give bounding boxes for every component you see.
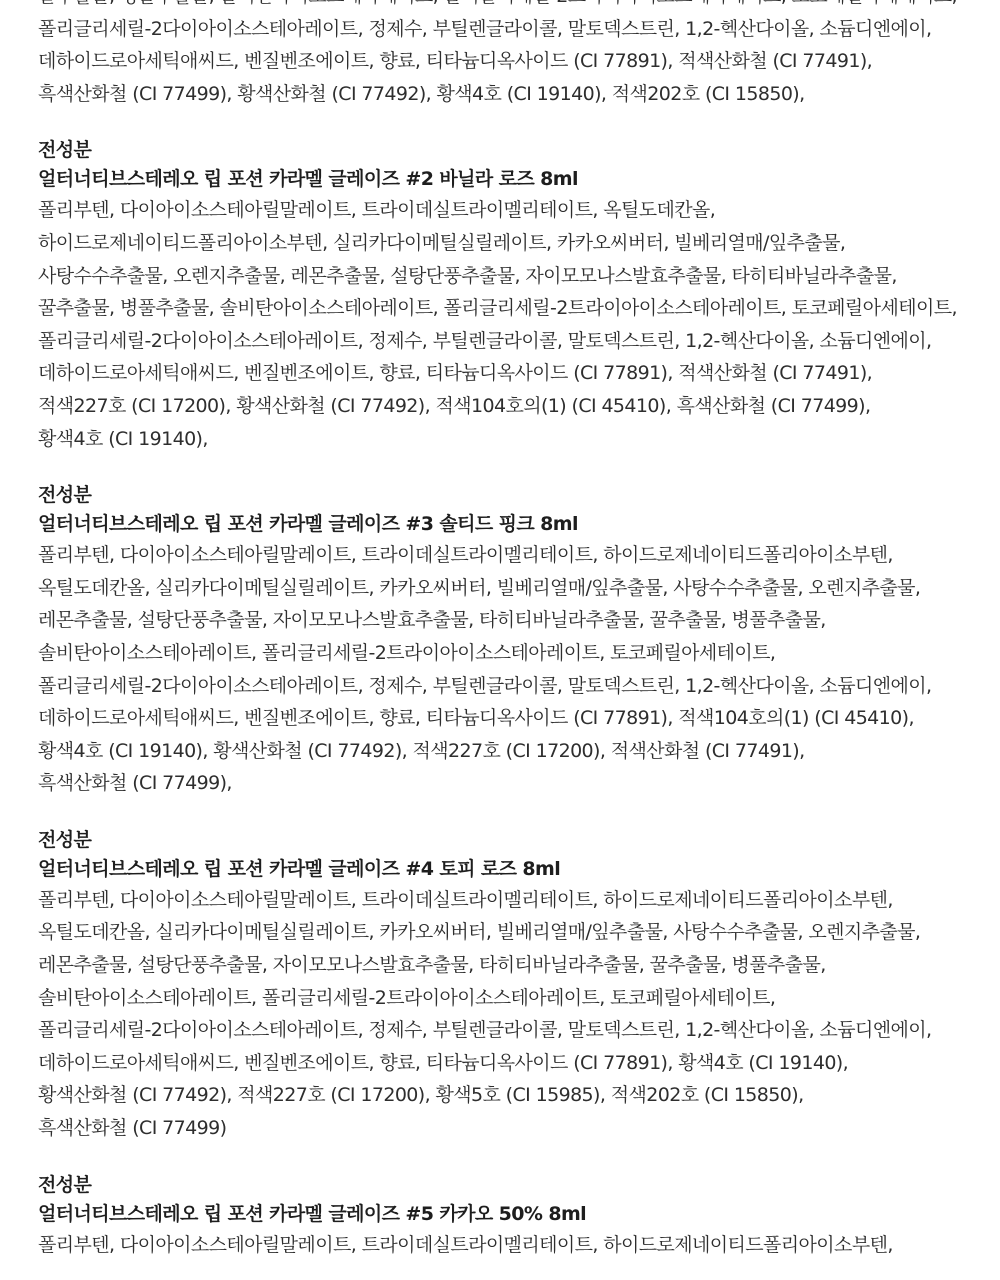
ingredient-line: 흑색산화철 (CI 77499): [38, 1112, 988, 1145]
ingredient-line: 폴리부텐, 다이아이소스테아릴말레이트, 트라이데실트라이멜리테이트, 옥틸도데…: [38, 194, 988, 227]
ingredient-line: 꿀추출물, 병풀추출물, 솔비탄아이소스테아레이트, 폴리글리세릴-2트라이아이…: [38, 292, 988, 325]
ingredient-line: 황색4호 (CI 19140),: [38, 423, 988, 456]
ingredients-document: 꿀추출물, 병풀추출물, 솔비탄아이소스테아레이트, 폴리글리세릴-2트라이아이…: [38, 0, 988, 1261]
section-label: 전성분: [38, 827, 988, 854]
product-title: 얼터너티브스테레오 립 포션 카라멜 글레이즈 #3 솔티드 핑크 8ml: [38, 509, 988, 539]
ingredient-line: 데하이드로아세틱애씨드, 벤질벤조에이트, 향료, 티타늄디옥사이드 (CI 7…: [38, 45, 988, 78]
ingredient-line: 폴리글리세릴-2다이아이소스테아레이트, 정제수, 부틸렌글라이콜, 말토덱스트…: [38, 325, 988, 358]
ingredient-line: 폴리부텐, 다이아이소스테아릴말레이트, 트라이데실트라이멜리테이트, 하이드로…: [38, 1229, 988, 1262]
ingredient-line: 데하이드로아세틱애씨드, 벤질벤조에이트, 향료, 티타늄디옥사이드 (CI 7…: [38, 357, 988, 390]
ingredient-line: 황색4호 (CI 19140), 황색산화철 (CI 77492), 적색227…: [38, 735, 988, 768]
ingredient-line: 황색산화철 (CI 77492), 적색227호 (CI 17200), 황색5…: [38, 1079, 988, 1112]
ingredients-section-2: 전성분 얼터너티브스테레오 립 포션 카라멜 글레이즈 #2 바닐라 로즈 8m…: [38, 137, 988, 455]
section-label: 전성분: [38, 482, 988, 509]
ingredient-line: 흑색산화철 (CI 77499), 황색산화철 (CI 77492), 황색4호…: [38, 78, 988, 111]
section-label: 전성분: [38, 137, 988, 164]
product-title: 얼터너티브스테레오 립 포션 카라멜 글레이즈 #2 바닐라 로즈 8ml: [38, 164, 988, 194]
ingredient-line: 폴리부텐, 다이아이소스테아릴말레이트, 트라이데실트라이멜리테이트, 하이드로…: [38, 539, 988, 572]
ingredient-line: 폴리부텐, 다이아이소스테아릴말레이트, 트라이데실트라이멜리테이트, 하이드로…: [38, 884, 988, 917]
ingredient-line: 데하이드로아세틱애씨드, 벤질벤조에이트, 향료, 티타늄디옥사이드 (CI 7…: [38, 702, 988, 735]
section-label: 전성분: [38, 1172, 988, 1199]
ingredient-line: 데하이드로아세틱애씨드, 벤질벤조에이트, 향료, 티타늄디옥사이드 (CI 7…: [38, 1047, 988, 1080]
product-title: 얼터너티브스테레오 립 포션 카라멜 글레이즈 #5 카카오 50% 8ml: [38, 1199, 988, 1229]
ingredient-line: 하이드로제네이티드폴리아이소부텐, 실리카다이메틸실릴레이트, 카카오씨버터, …: [38, 227, 988, 260]
ingredients-section-3: 전성분 얼터너티브스테레오 립 포션 카라멜 글레이즈 #3 솔티드 핑크 8m…: [38, 482, 988, 800]
ingredient-line: 옥틸도데칸올, 실리카다이메틸실릴레이트, 카카오씨버터, 빌베리열매/잎추출물…: [38, 572, 988, 605]
ingredient-line: 레몬추출물, 설탕단풍추출물, 자이모모나스발효추출물, 타히티바닐라추출물, …: [38, 949, 988, 982]
ingredient-line: 솔비탄아이소스테아레이트, 폴리글리세릴-2트라이아이소스테아레이트, 토코페릴…: [38, 982, 988, 1015]
ingredient-line: 옥틸도데칸올, 실리카다이메틸실릴레이트, 카카오씨버터, 빌베리열매/잎추출물…: [38, 916, 988, 949]
product-title: 얼터너티브스테레오 립 포션 카라멜 글레이즈 #4 토피 로즈 8ml: [38, 854, 988, 884]
ingredient-line: 솔비탄아이소스테아레이트, 폴리글리세릴-2트라이아이소스테아레이트, 토코페릴…: [38, 637, 988, 670]
ingredients-section-1-continued: 꿀추출물, 병풀추출물, 솔비탄아이소스테아레이트, 폴리글리세릴-2트라이아이…: [38, 0, 988, 110]
ingredient-line: 레몬추출물, 설탕단풍추출물, 자이모모나스발효추출물, 타히티바닐라추출물, …: [38, 604, 988, 637]
ingredient-line: 적색227호 (CI 17200), 황색산화철 (CI 77492), 적색1…: [38, 390, 988, 423]
ingredient-line: 폴리글리세릴-2다이아이소스테아레이트, 정제수, 부틸렌글라이콜, 말토덱스트…: [38, 670, 988, 703]
ingredient-line: 꿀추출물, 병풀추출물, 솔비탄아이소스테아레이트, 폴리글리세릴-2트라이아이…: [38, 0, 988, 13]
ingredient-line: 사탕수수추출물, 오렌지추출물, 레몬추출물, 설탕단풍추출물, 자이모모나스발…: [38, 260, 988, 293]
ingredients-section-5: 전성분 얼터너티브스테레오 립 포션 카라멜 글레이즈 #5 카카오 50% 8…: [38, 1172, 988, 1262]
ingredient-line: 흑색산화철 (CI 77499),: [38, 767, 988, 800]
ingredient-line: 폴리글리세릴-2다이아이소스테아레이트, 정제수, 부틸렌글라이콜, 말토덱스트…: [38, 1014, 988, 1047]
ingredient-line: 폴리글리세릴-2다이아이소스테아레이트, 정제수, 부틸렌글라이콜, 말토덱스트…: [38, 13, 988, 46]
ingredients-section-4: 전성분 얼터너티브스테레오 립 포션 카라멜 글레이즈 #4 토피 로즈 8ml…: [38, 827, 988, 1145]
